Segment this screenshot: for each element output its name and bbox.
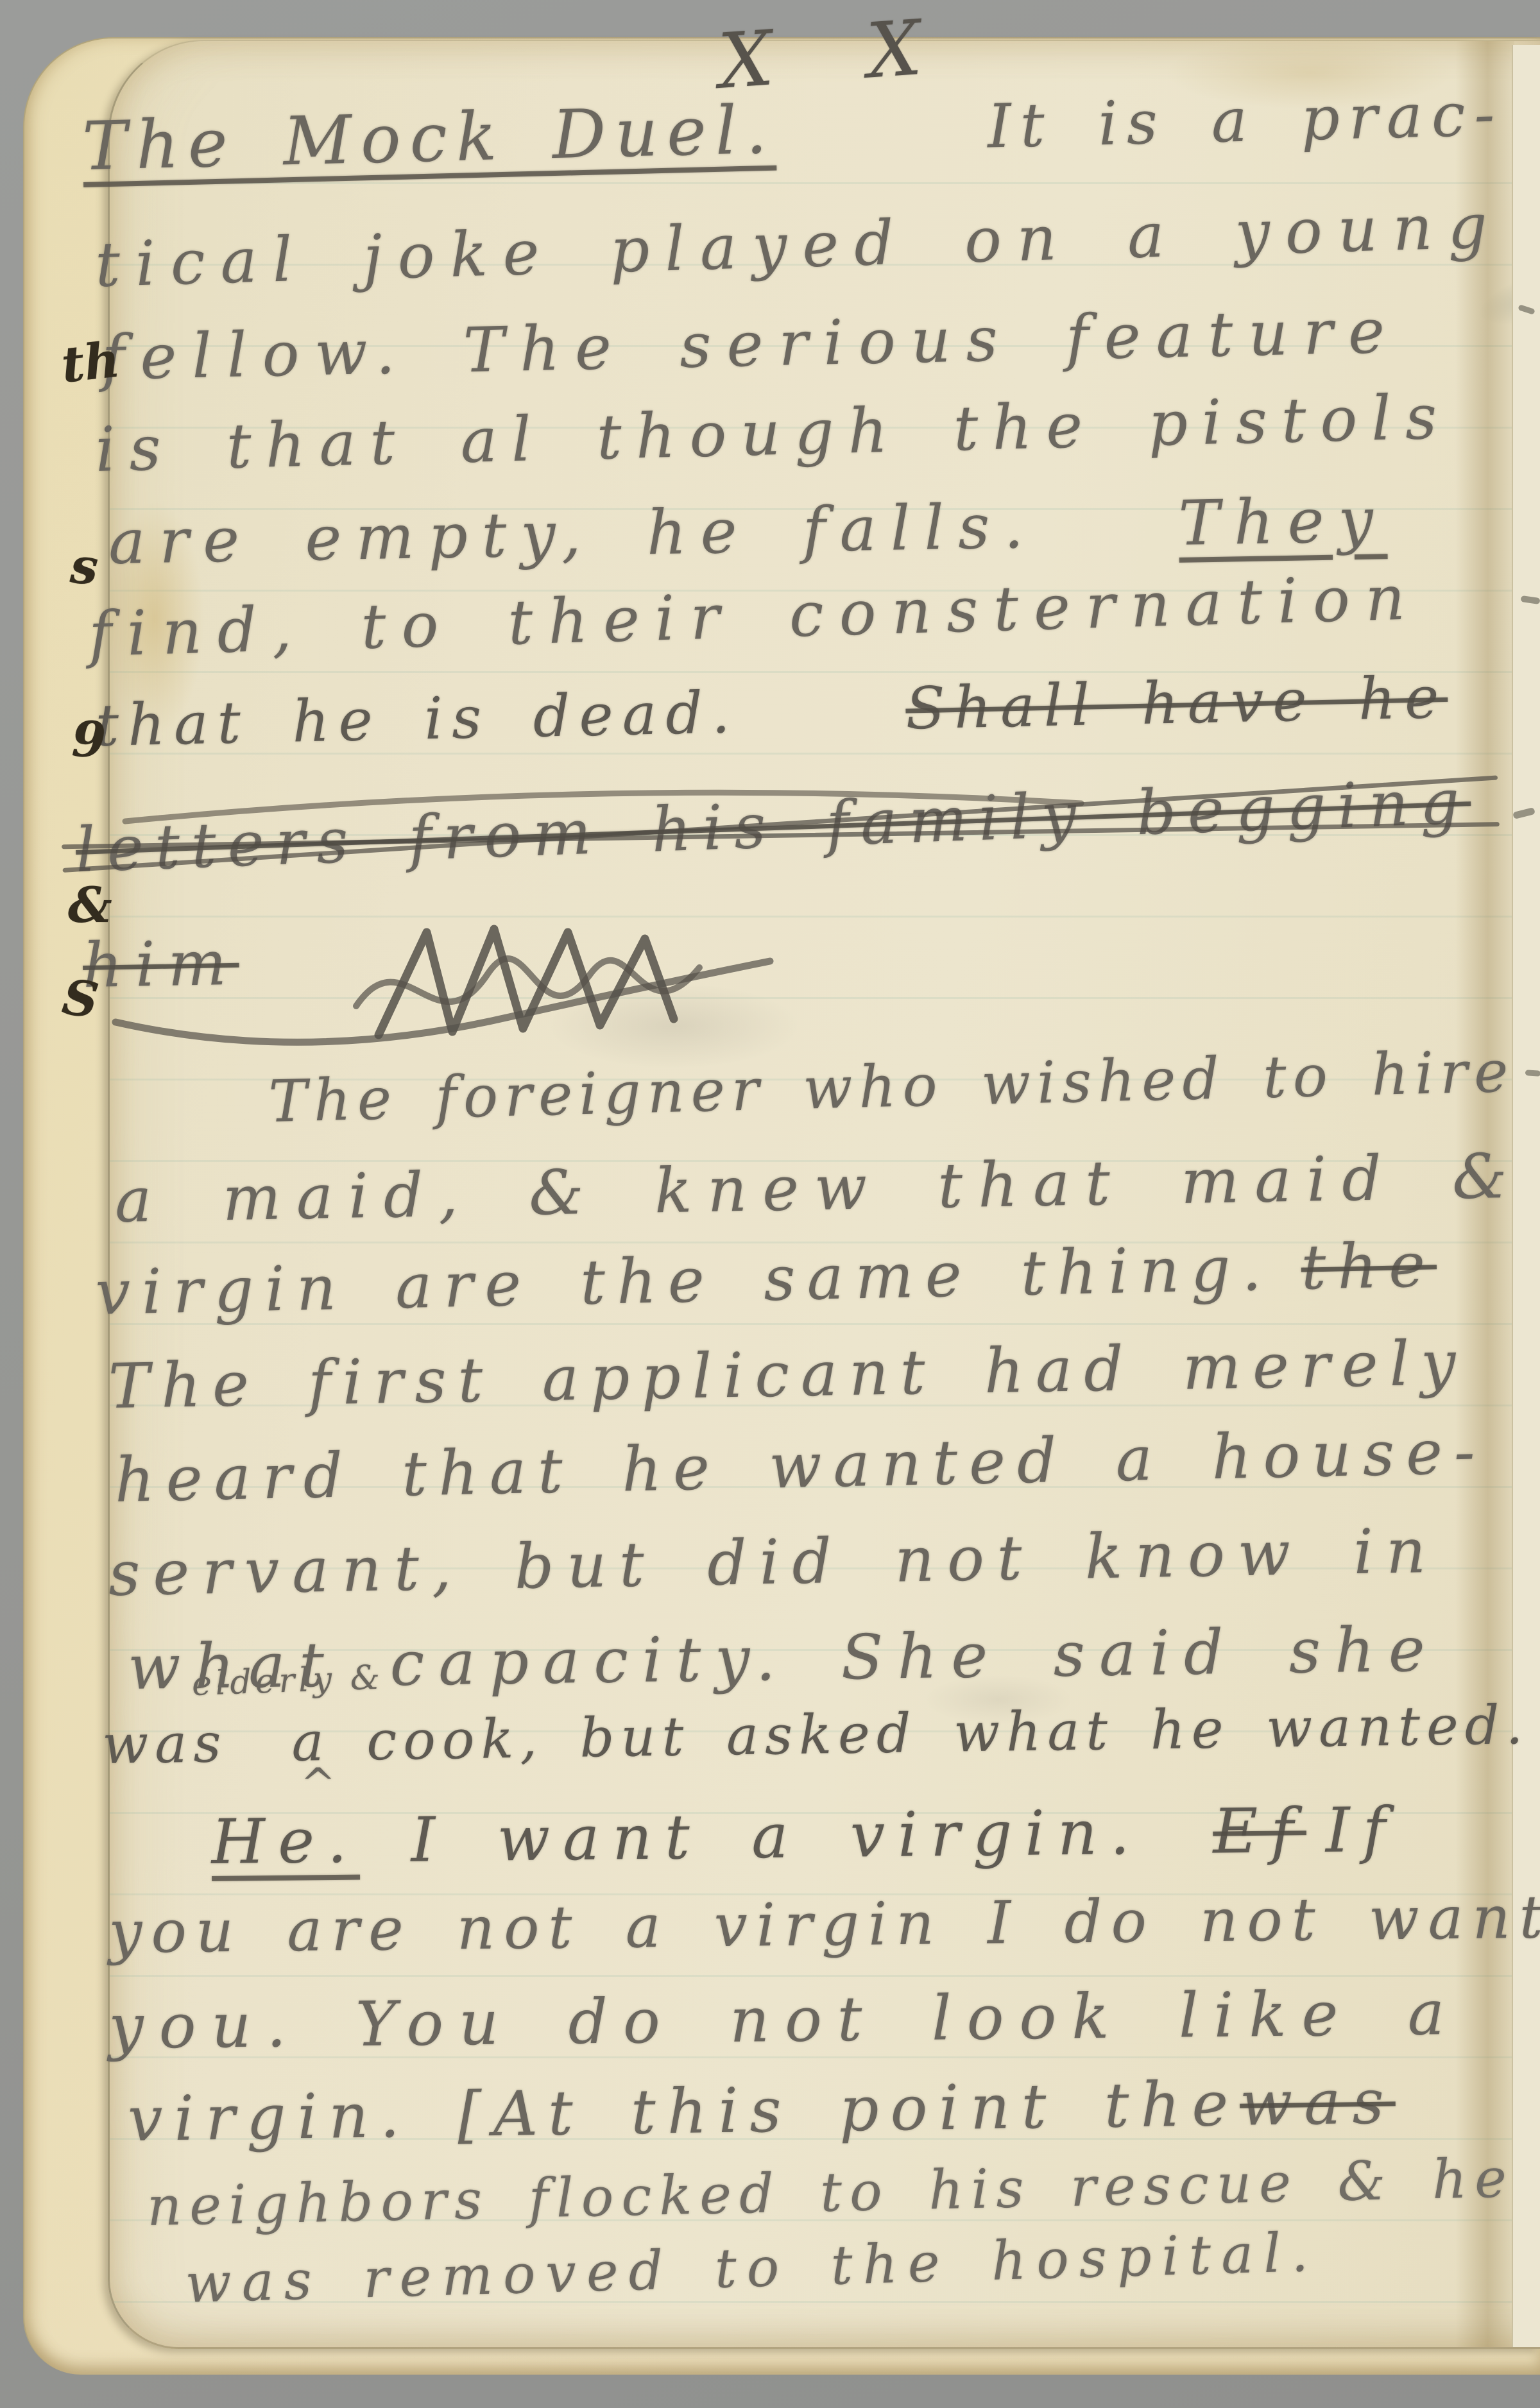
margin-ink-fragment: th (59, 331, 123, 394)
text-segment: you. You do not look like a (108, 1979, 1460, 2062)
struck-text: the (1301, 1231, 1437, 1302)
text-segment: If (1325, 1796, 1399, 1866)
text-segment: It is a prac- (987, 81, 1505, 161)
ruled-line (110, 1975, 1540, 1977)
manuscript-line: you are not a virgin I do not want (108, 1884, 1540, 1965)
underlined-text: He. (211, 1807, 360, 1877)
text-segment: virgin. [At this point the (127, 2070, 1240, 2155)
struck-text: was (1239, 2067, 1396, 2139)
text-segment: I want a virgin. (411, 1798, 1143, 1875)
scanned-notebook-photo: { "document": { "kind": "handwritten not… (0, 0, 1540, 2408)
stray-pencil-mark (1525, 1070, 1540, 1077)
underlined-text: They (1178, 486, 1388, 558)
manuscript-line: He.I want a virgin.EfIf (211, 1796, 1399, 1877)
struck-text: Ef (1213, 1797, 1307, 1866)
page-title: The Mock Duel. (81, 92, 776, 184)
manuscript-line: you. You do not look like a (108, 1979, 1460, 2062)
margin-ink-fragment: 9 (71, 710, 107, 769)
manuscript-line: him (82, 929, 239, 1001)
margin-ink-fragment: s (69, 537, 100, 596)
margin-ink-fragment: & (68, 876, 112, 934)
text-segment: you are not a virgin I do not want (108, 1884, 1540, 1965)
text-segment: was (102, 1712, 228, 1775)
struck-text: Shall have he (905, 666, 1448, 742)
struck-text: him (82, 929, 239, 1001)
ruled-line (110, 182, 1540, 184)
text-segment: that he is dead. (95, 681, 740, 759)
